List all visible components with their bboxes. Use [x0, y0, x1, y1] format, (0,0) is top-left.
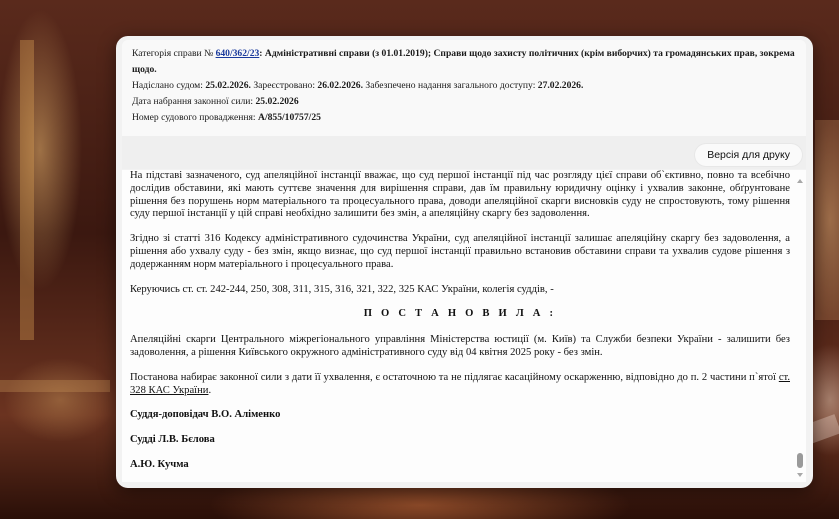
scrollbar-thumb[interactable]: [797, 453, 803, 468]
case-info-section: Категорія справи № 640/362/23: Адміністр…: [122, 40, 806, 136]
judge-member-2: А.Ю. Кучма: [130, 459, 790, 472]
sent-date: 25.02.2026.: [205, 80, 251, 91]
toolbar: Версія для друку: [122, 136, 806, 169]
scroll-up-arrow-icon[interactable]: [797, 179, 803, 183]
court-decision-panel: Категорія справи № 640/362/23: Адміністр…: [116, 36, 813, 488]
sent-label: Надіслано судом:: [132, 80, 203, 91]
access-label: Забезпечено надання загального доступу:: [365, 80, 535, 91]
effective-date-line: Дата набрання законної сили: 25.02.2026: [132, 94, 796, 110]
decision-text: На підставі зазначеного, суд апеляційної…: [130, 170, 790, 482]
proceeding-label: Номер судового провадження:: [132, 112, 256, 123]
paragraph-article-316: Згідно зі статті 316 Кодексу адміністрат…: [130, 233, 790, 271]
category-label: Категорія справи №: [132, 48, 213, 59]
effective-date: 25.02.2026: [255, 96, 298, 107]
vertical-scrollbar[interactable]: [794, 170, 806, 482]
paragraph-guided-by: Керуючись ст. ст. 242-244, 250, 308, 311…: [130, 284, 790, 297]
registered-label: Зареєстровано:: [253, 80, 315, 91]
paragraph-reasoning: На підставі зазначеного, суд апеляційної…: [130, 170, 790, 221]
case-category-line: Категорія справи № 640/362/23: Адміністр…: [132, 46, 796, 78]
decision-text-scroll-area[interactable]: На підставі зазначеного, суд апеляційної…: [122, 170, 806, 482]
effective-label: Дата набрання законної сили:: [132, 96, 253, 107]
registered-date: 26.02.2026.: [317, 80, 363, 91]
effect-end: .: [208, 385, 211, 396]
paragraph-resolution: Апеляційні скарги Центрального міжрегіон…: [130, 334, 790, 360]
judge-rapporteur: Суддя-доповідач В.О. Аліменко: [130, 409, 790, 422]
dates-line: Надіслано судом: 25.02.2026. Зареєстрова…: [132, 78, 796, 94]
case-number-link[interactable]: 640/362/23: [216, 48, 260, 59]
judge-member-1: Судді Л.В. Бєлова: [130, 434, 790, 447]
proceeding-number-line: Номер судового провадження: А/855/10757/…: [132, 110, 796, 126]
paragraph-effect: Постанова набирає законної сили з дати ї…: [130, 372, 790, 398]
access-date: 27.02.2026.: [538, 80, 584, 91]
effect-text: Постанова набирає законної сили з дати ї…: [130, 372, 779, 383]
print-version-button[interactable]: Версія для друку: [695, 144, 802, 166]
scroll-down-arrow-icon[interactable]: [797, 473, 803, 477]
proceeding-number: А/855/10757/25: [258, 112, 321, 123]
resolution-heading: П О С Т А Н О В И Л А :: [130, 308, 790, 321]
